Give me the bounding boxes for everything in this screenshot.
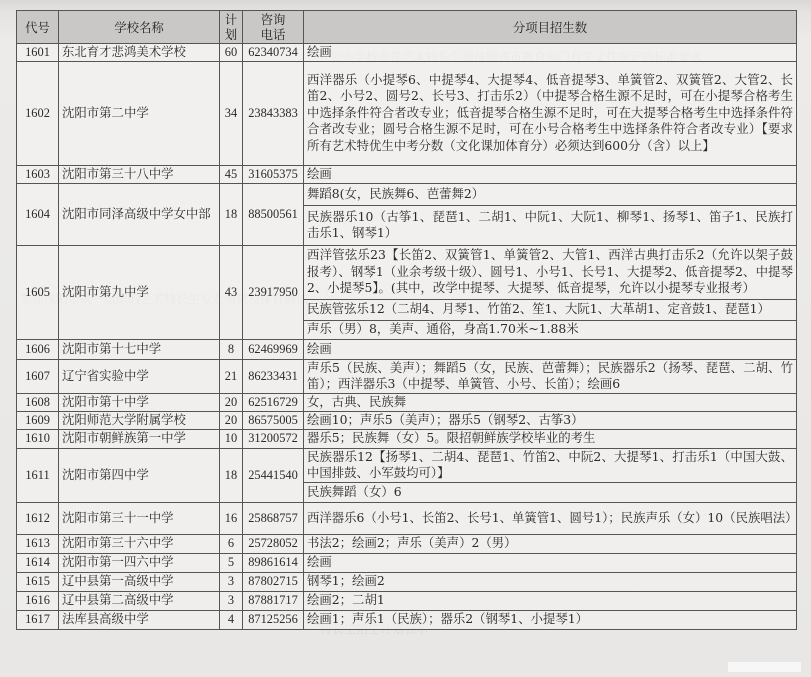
table-row: 1615 辽中县第一高级中学 3 87802715 钢琴1；绘画2 [17, 572, 797, 591]
plan-count: 45 [220, 165, 243, 183]
program-details: 民族舞蹈（女）6 [304, 482, 797, 502]
phone-number: 23917950 [243, 245, 304, 339]
school-name: 法库县高级中学 [59, 610, 220, 629]
plan-count: 3 [220, 591, 243, 610]
school-name: 沈阳市第十七中学 [59, 339, 220, 359]
school-code: 1613 [17, 534, 59, 553]
phone-number: 87802715 [243, 572, 304, 591]
program-details: 绘画 [304, 44, 797, 62]
header-details: 分项目招生数 [304, 11, 797, 44]
school-name: 辽中县第一高级中学 [59, 572, 220, 591]
table-row: 1602 沈阳市第二中学 34 23843383 西洋器乐（小提琴6、中提琴4、… [17, 61, 797, 165]
admissions-table: 代号 学校名称 计 划 咨询 电话 分项目招生数 1601 东北育才悲鸿美术学校… [16, 10, 797, 630]
school-code: 1615 [17, 572, 59, 591]
program-details: 舞蹈8(女，民族舞6、芭蕾舞2） [304, 183, 797, 205]
plan-count: 34 [220, 61, 243, 165]
table-row: 1604 沈阳市同泽高级中学女中部 18 88500561 舞蹈8(女，民族舞6… [17, 183, 797, 205]
phone-number: 87881717 [243, 591, 304, 610]
header-phone: 咨询 电话 [243, 11, 304, 44]
school-name: 沈阳市第九中学 [59, 245, 220, 339]
program-details: 女，古典、民族舞 [304, 393, 797, 411]
plan-count: 6 [220, 534, 243, 553]
school-code: 1616 [17, 591, 59, 610]
plan-count: 18 [220, 183, 243, 245]
school-code: 1612 [17, 502, 59, 534]
table-row: 1617 法库县高级中学 4 87125256 绘画1；声乐1（民族）；器乐2（… [17, 610, 797, 629]
plan-count: 8 [220, 339, 243, 359]
school-name: 沈阳市朝鲜族第一中学 [59, 429, 220, 448]
header-school-name: 学校名称 [59, 11, 220, 44]
phone-number: 62516729 [243, 393, 304, 411]
phone-number: 86575005 [243, 411, 304, 429]
table-row: 1614 沈阳市第一四六中学 5 89861614 绘画 [17, 553, 797, 572]
program-details: 西洋器乐6（小号1、长笛2、长号1、单簧管1、圆号1）；民族声乐（女）10（民族… [304, 502, 797, 534]
school-name: 沈阳市第十中学 [59, 393, 220, 411]
school-code: 1602 [17, 61, 59, 165]
program-details: 绘画 [304, 553, 797, 572]
header-code: 代号 [17, 11, 59, 44]
table-row: 1611 沈阳市第四中学 18 25441540 民族器乐12【扬琴1、二胡4、… [17, 448, 797, 482]
table-row: 1608 沈阳市第十中学 20 62516729 女，古典、民族舞 [17, 393, 797, 411]
plan-count: 21 [220, 359, 243, 393]
school-name: 沈阳市第三十八中学 [59, 165, 220, 183]
table-row: 1616 辽中县第二高级中学 3 87881717 绘画2；二胡1 [17, 591, 797, 610]
table-row: 1605 沈阳市第九中学 43 23917950 西洋管弦乐23【长笛2、双簧管… [17, 245, 797, 299]
school-code: 1603 [17, 165, 59, 183]
table-row: 1607 辽宁省实验中学 21 86233431 声乐5（民族、美声）；舞蹈5（… [17, 359, 797, 393]
school-name: 沈阳市第三十六中学 [59, 534, 220, 553]
school-code: 1605 [17, 245, 59, 339]
table-row: 1612 沈阳市第三十一中学 16 25868757 西洋器乐6（小号1、长笛2… [17, 502, 797, 534]
phone-number: 23843383 [243, 61, 304, 165]
phone-number: 31200572 [243, 429, 304, 448]
header-plan: 计 划 [220, 11, 243, 44]
plan-count: 43 [220, 245, 243, 339]
school-code: 1604 [17, 183, 59, 245]
table-row: 1601 东北育才悲鸿美术学校 60 62340734 绘画 [17, 44, 797, 62]
school-name: 沈阳市同泽高级中学女中部 [59, 183, 220, 245]
table-row: 1613 沈阳市第三十六中学 6 25728052 书法2；绘画2；声乐（美声）… [17, 534, 797, 553]
school-code: 1601 [17, 44, 59, 62]
table-row: 1603 沈阳市第三十八中学 45 31605375 绘画 [17, 165, 797, 183]
phone-number: 86233431 [243, 359, 304, 393]
school-name: 沈阳市第二中学 [59, 61, 220, 165]
program-details: 西洋器乐（小提琴6、中提琴4、大提琴4、低音提琴3、单簧管2、双簧管2、大管2、… [304, 61, 797, 165]
program-details: 民族器乐10（古筝1、琵琶1、二胡1、中阮1、大阮1、柳琴1、扬琴1、笛子1、民… [304, 205, 797, 245]
school-code: 1608 [17, 393, 59, 411]
phone-number: 88500561 [243, 183, 304, 245]
program-details: 声乐5（民族、美声）；舞蹈5（女，民族、芭蕾舞）；民族器乐2（扬琴、琵琶、二胡、… [304, 359, 797, 393]
school-code: 1611 [17, 448, 59, 502]
school-name: 沈阳市第四中学 [59, 448, 220, 502]
plan-count: 3 [220, 572, 243, 591]
school-code: 1610 [17, 429, 59, 448]
program-details: 绘画1；声乐1（民族）；器乐2（钢琴1、小提琴1） [304, 610, 797, 629]
phone-number: 31605375 [243, 165, 304, 183]
plan-count: 16 [220, 502, 243, 534]
school-name: 沈阳市第一四六中学 [59, 553, 220, 572]
plan-count: 18 [220, 448, 243, 502]
phone-number: 89861614 [243, 553, 304, 572]
plan-count: 20 [220, 411, 243, 429]
header-row: 代号 学校名称 计 划 咨询 电话 分项目招生数 [17, 11, 797, 44]
phone-number: 25728052 [243, 534, 304, 553]
program-details: 民族管弦乐12（二胡4、月琴1、竹笛2、笙1、大阮1、大革胡1、定音鼓1、琵琶1… [304, 299, 797, 320]
phone-number: 25441540 [243, 448, 304, 502]
table-row: 1610 沈阳市朝鲜族第一中学 10 31200572 器乐5；民族舞（女）5。… [17, 429, 797, 448]
program-details: 绘画 [304, 339, 797, 359]
school-name: 东北育才悲鸿美术学校 [59, 44, 220, 62]
school-name: 辽宁省实验中学 [59, 359, 220, 393]
school-code: 1606 [17, 339, 59, 359]
program-details: 钢琴1；绘画2 [304, 572, 797, 591]
program-details: 民族器乐12【扬琴1、二胡4、琵琶1、竹笛2、中阮2、大提琴1、打击乐1（中国大… [304, 448, 797, 482]
program-details: 器乐5；民族舞（女）5。限招朝鲜族学校毕业的考生 [304, 429, 797, 448]
plan-count: 4 [220, 610, 243, 629]
program-details: 绘画10；声乐5（美声）；器乐5（钢琴2、古筝3） [304, 411, 797, 429]
program-details: 绘画 [304, 165, 797, 183]
watermark-patch [728, 662, 801, 672]
plan-count: 20 [220, 393, 243, 411]
program-details: 书法2；绘画2；声乐（美声）2（男） [304, 534, 797, 553]
program-details: 西洋管弦乐23【长笛2、双簧管1、单簧管2、大管1、西洋古典打击乐2（允许以架子… [304, 245, 797, 299]
phone-number: 87125256 [243, 610, 304, 629]
school-code: 1614 [17, 553, 59, 572]
phone-number: 62340734 [243, 44, 304, 62]
school-code: 1609 [17, 411, 59, 429]
school-name: 沈阳市第三十一中学 [59, 502, 220, 534]
table-row: 1606 沈阳市第十七中学 8 62469969 绘画 [17, 339, 797, 359]
school-name: 辽中县第二高级中学 [59, 591, 220, 610]
phone-number: 62469969 [243, 339, 304, 359]
plan-count: 60 [220, 44, 243, 62]
plan-count: 5 [220, 553, 243, 572]
program-details: 声乐（男）8，美声、通俗，身高1.70米~1.88米 [304, 320, 797, 339]
plan-count: 10 [220, 429, 243, 448]
phone-number: 25868757 [243, 502, 304, 534]
school-code: 1607 [17, 359, 59, 393]
table-row: 1609 沈阳师范大学附属学校 20 86575005 绘画10；声乐5（美声）… [17, 411, 797, 429]
school-name: 沈阳师范大学附属学校 [59, 411, 220, 429]
program-details: 绘画2；二胡1 [304, 591, 797, 610]
school-code: 1617 [17, 610, 59, 629]
